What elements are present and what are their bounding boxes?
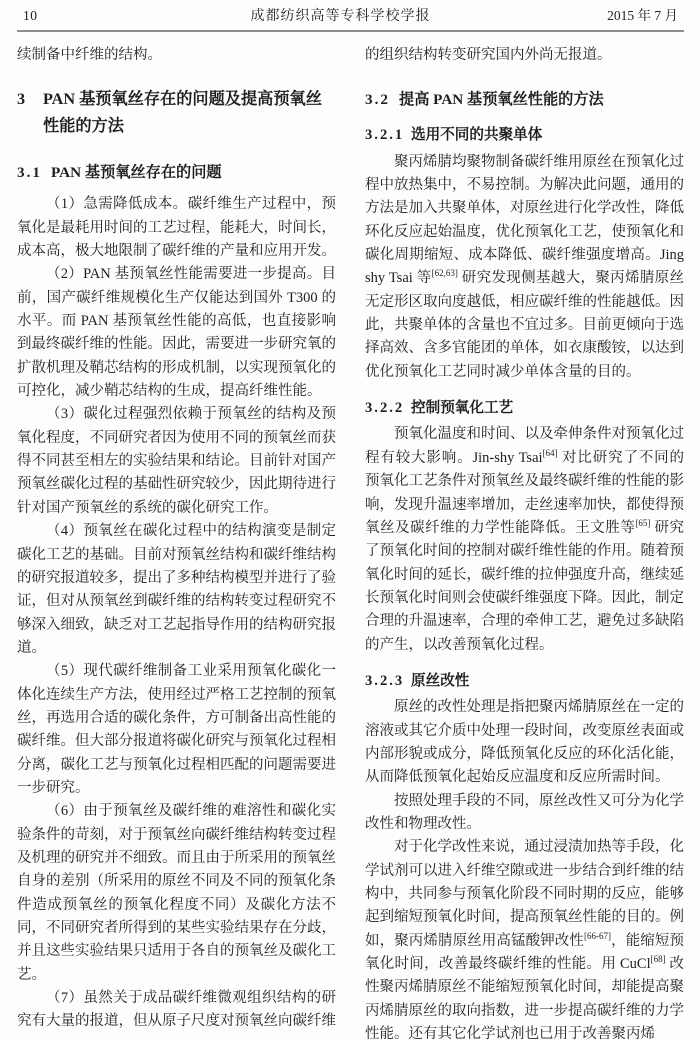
heading-text: PAN 基预氧丝存在的问题 [51,162,336,184]
heading-text: PAN 基预氧丝存在的问题及提高预氧丝性能的方法 [43,86,336,140]
text-run: （2）PAN 基预氧丝性能需要进一步提高。目前，国产碳纤维规模化生产仅能达到国外… [17,266,336,399]
heading-3-1: 3.1PAN 基预氧丝存在的问题 [17,162,336,184]
paragraph: 的组织结构转变研究国内外尚无报道。 [365,44,684,67]
text-run: （6）由于预氧丝及碳纤维的难溶性和碳化实验条件的苛刻，对于预氧丝向碳纤维结构转变… [17,803,336,982]
heading-number: 3.2.3 [365,670,411,693]
page-number: 10 [23,8,113,24]
paragraph: （6）由于预氧丝及碳纤维的难溶性和碳化实验条件的苛刻，对于预氧丝向碳纤维结构转变… [17,800,336,987]
paragraph: 预氧化温度和时间、以及牵伸条件对预氧化过程有较大影响。Jin-shy Tsai[… [365,423,684,656]
paragraph: （3）碳化过程强烈依赖于预氧丝的结构及预氧化程度，不同研究者因为使用不同的预氧丝… [17,403,336,520]
heading-number: 3.2 [365,89,399,111]
text-run: （7）虽然关于成品碳纤维微观组织结构的研究有大量的报道，但从原子尺度对预氧丝向碳… [17,990,336,1029]
text-run: 研究了预氧化时间的控制对碳纤维性能的作用。随着预氧化时间的延长，碳纤维的拉伸强度… [365,520,684,653]
paragraph: （2）PAN 基预氧丝性能需要进一步提高。目前，国产碳纤维规模化生产仅能达到国外… [17,263,336,403]
two-column-body: 续制备中纤维的结构。3PAN 基预氧丝存在的问题及提高预氧丝性能的方法3.1PA… [17,44,684,1042]
text-run: （5）现代碳纤维制备工业采用预氧化碳化一体化连续生产方法，使用经过严格工艺控制的… [17,663,336,796]
citation-superscript: [66-67] [584,931,611,941]
heading-3-2-2: 3.2.2控制预氧化工艺 [365,397,684,420]
heading-3-2: 3.2提高 PAN 基预氧丝性能的方法 [365,89,684,111]
text-run: （4）预氧丝在碳化过程中的结构演变是制定碳化工艺的基础。目前对预氧丝结构和碳纤维… [17,523,336,656]
text-run: （3）碳化过程强烈依赖于预氧丝的结构及预氧化程度，不同研究者因为使用不同的预氧丝… [17,406,336,515]
citation-superscript: [62,63] [432,269,458,279]
journal-title: 成都纺织高等专科学校学报 [113,9,568,25]
text-run: 按照处理手段的不同，原丝改性又可分为化学改性和物理改性。 [365,793,684,832]
issue-date: 2015 年 7 月 [568,8,678,24]
left-column: 续制备中纤维的结构。3PAN 基预氧丝存在的问题及提高预氧丝性能的方法3.1PA… [17,44,336,1042]
citation-superscript: [68] [651,954,666,964]
heading-number: 3.1 [17,162,51,184]
paragraph: 续制备中纤维的结构。 [17,44,336,67]
heading-number: 3.2.2 [365,397,411,420]
citation-superscript: [65] [635,518,650,528]
citation-superscript: [64] [543,448,558,458]
heading-number: 3 [17,86,43,140]
paragraph: （5）现代碳纤维制备工业采用预氧化碳化一体化连续生产方法，使用经过严格工艺控制的… [17,660,336,800]
running-header: 10 成都纺织高等专科学校学报 2015 年 7 月 [17,6,684,28]
text-run: 原丝的改性处理是指把聚丙烯腈原丝在一定的溶液或其它介质中处理一段时间，改变原丝表… [365,699,684,785]
paragraph: （7）虽然关于成品碳纤维微观组织结构的研究有大量的报道，但从原子尺度对预氧丝向碳… [17,987,336,1034]
paragraph: （4）预氧丝在碳化过程中的结构演变是制定碳化工艺的基础。目前对预氧丝结构和碳纤维… [17,520,336,660]
text-run: （1）急需降低成本。碳纤维生产过程中，预氧化是最耗用时间的工艺过程，能耗大，时间… [17,196,336,259]
heading-text: 选用不同的共聚单体 [411,124,684,147]
heading-number: 3.2.1 [365,124,411,147]
heading-text: 原丝改性 [411,670,684,693]
heading-3-2-1: 3.2.1选用不同的共聚单体 [365,124,684,147]
right-column: 的组织结构转变研究国内外尚无报道。3.2提高 PAN 基预氧丝性能的方法3.2.… [365,44,684,1042]
heading-3: 3PAN 基预氧丝存在的问题及提高预氧丝性能的方法 [17,86,336,140]
text-run: 续制备中纤维的结构。 [17,47,162,63]
text-run: 研究发现侧基越大，聚丙烯腈原丝无定形区取向度越低，相应碳纤维的性能越低。因此，共… [365,270,684,379]
paragraph: 聚丙烯腈均聚物制备碳纤维用原丝在预氧化过程中放热集中，不易控制。为解决此问题，通… [365,151,684,384]
paragraph: （1）急需降低成本。碳纤维生产过程中，预氧化是最耗用时间的工艺过程，能耗大，时间… [17,193,336,263]
paragraph: 对于化学改性来说，通过浸渍加热等手段，化学试剂可以进入纤维空隙或进一步结合到纤维… [365,836,684,1042]
heading-text: 提高 PAN 基预氧丝性能的方法 [399,89,684,111]
text-run: 的组织结构转变研究国内外尚无报道。 [365,47,612,63]
journal-page: 10 成都纺织高等专科学校学报 2015 年 7 月 续制备中纤维的结构。3PA… [0,0,700,1042]
paragraph: 原丝的改性处理是指把聚丙烯腈原丝在一定的溶液或其它介质中处理一段时间，改变原丝表… [365,696,684,789]
paragraph: 按照处理手段的不同，原丝改性又可分为化学改性和物理改性。 [365,790,684,837]
heading-text: 控制预氧化工艺 [411,397,684,420]
heading-3-2-3: 3.2.3原丝改性 [365,670,684,693]
header-rule [17,30,684,32]
text-run: 聚丙烯腈均聚物制备碳纤维用原丝在预氧化过程中放热集中，不易控制。为解决此问题，通… [365,154,684,287]
